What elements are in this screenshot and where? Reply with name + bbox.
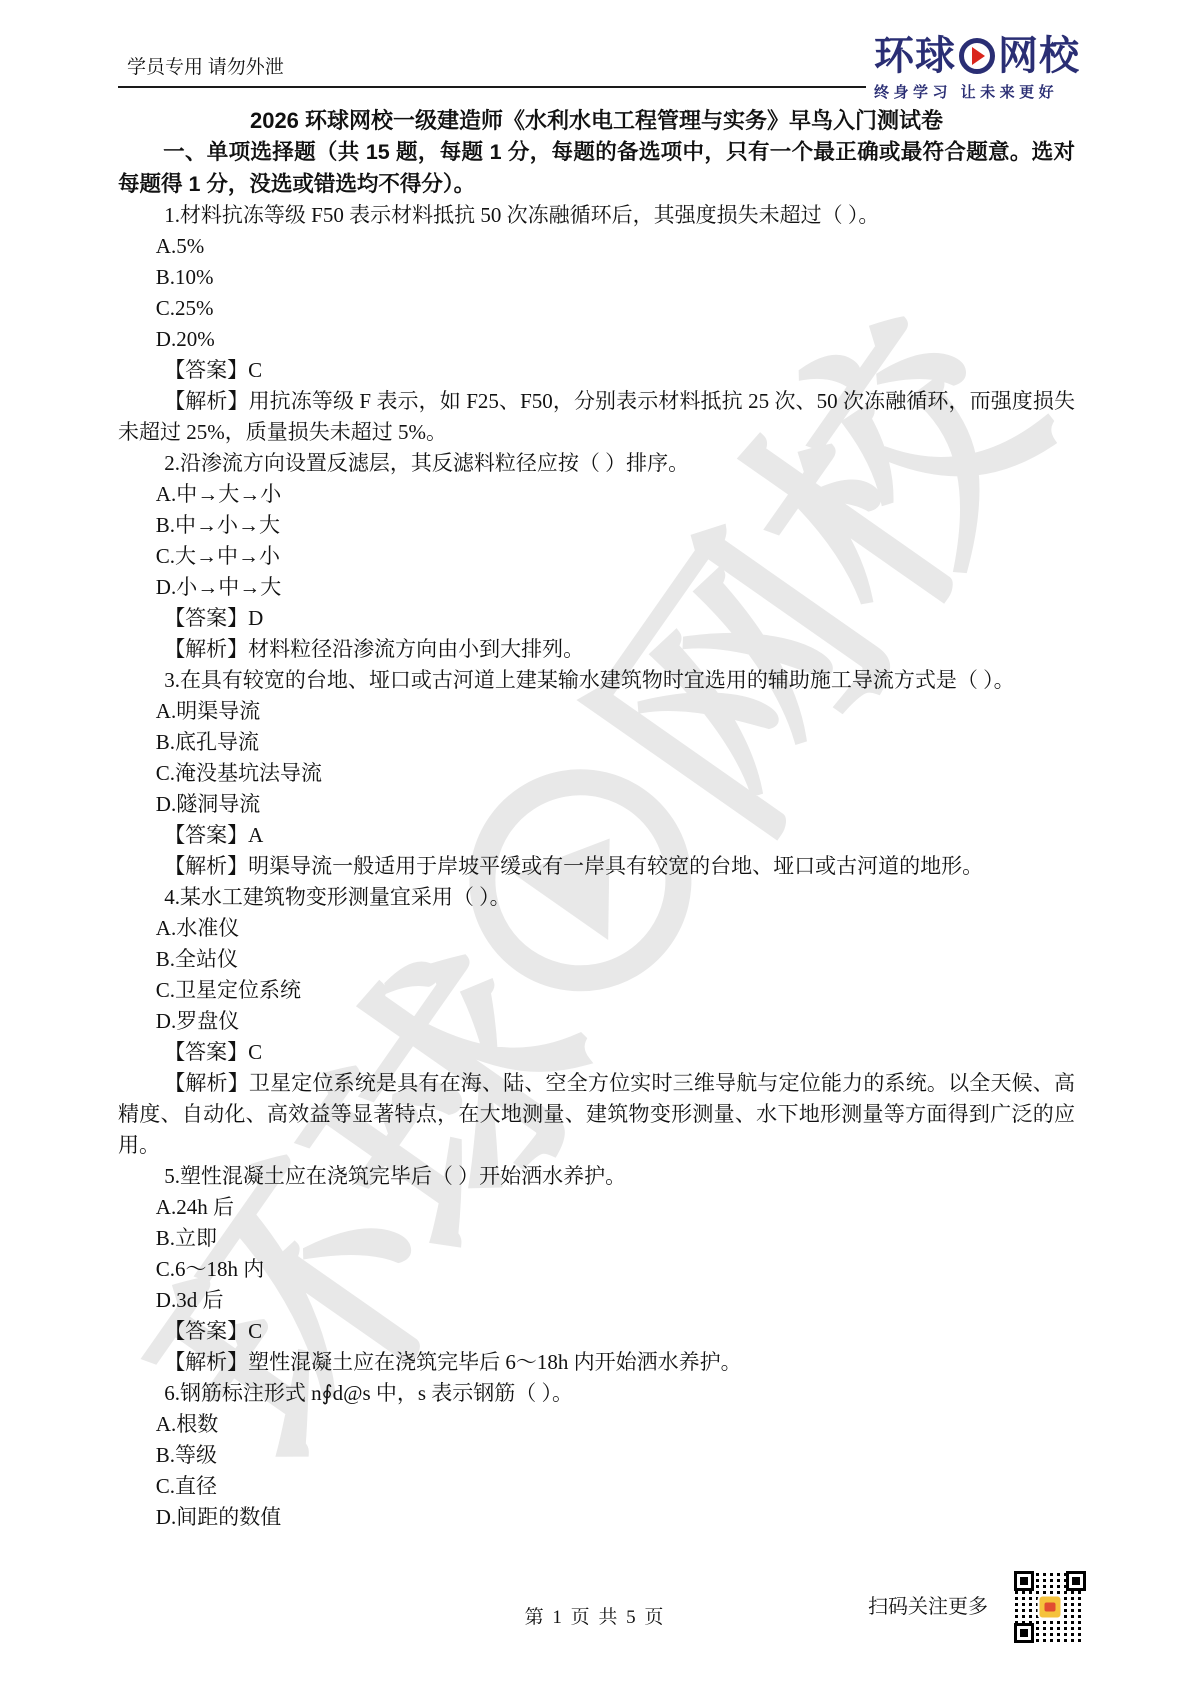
option-item: C.淹没基坑法导流 [118,758,1075,789]
question-stem: 2.沿渗流方向设置反滤层，其反滤料粒径应按（ ）排序。 [118,448,1075,479]
analysis-line: 【解析】塑性混凝土应在浇筑完毕后 6～18h 内开始洒水养护。 [118,1347,1075,1378]
option-item: B.底孔导流 [118,727,1075,758]
answer-line: 【答案】C [118,1037,1075,1068]
option-item: D.隧洞导流 [118,789,1075,820]
qr-caption: 扫码关注更多 [868,1590,988,1619]
answer-line: 【答案】A [118,820,1075,851]
option-item: C.25% [118,293,1075,324]
question-stem: 3.在具有较宽的台地、垭口或古河道上建某输水建筑物时宜选用的辅助施工导流方式是（… [118,665,1075,696]
option-item: D.3d 后 [118,1285,1075,1316]
brand-logo: 环球 网校 终身学习 让未来更好 [874,36,1080,102]
qr-finder-top-left [1014,1571,1034,1591]
option-item: D.罗盘仪 [118,1006,1075,1037]
question-stem: 4.某水工建筑物变形测量宜采用（ ）。 [118,882,1075,913]
option-item: A.中→大→小 [118,479,1075,510]
play-icon [959,38,995,74]
option-item: C.6～18h 内 [118,1254,1075,1285]
logo-wordmark-right: 网校 [998,36,1080,76]
document-page: 2026 环球网校一级建造师《水利水电工程管理与实务》早鸟入门测试卷 一、单项选… [118,106,1075,1533]
header-divider [118,86,866,88]
option-item: B.10% [118,262,1075,293]
question-stem: 1.材料抗冻等级 F50 表示材料抵抗 50 次冻融循环后，其强度损失未超过（ … [118,200,1075,231]
option-item: A.水准仪 [118,913,1075,944]
option-item: C.直径 [118,1471,1075,1502]
option-item: B.等级 [118,1440,1075,1471]
option-item: D.小→中→大 [118,572,1075,603]
answer-line: 【答案】C [118,355,1075,386]
section-heading: 一、单项选择题（共 15 题，每题 1 分，每题的备选项中，只有一个最正确或最符… [118,136,1075,200]
option-item: B.立即 [118,1223,1075,1254]
logo-wordmark: 环球 网校 [874,36,1080,76]
page-title: 2026 环球网校一级建造师《水利水电工程管理与实务》早鸟入门测试卷 [118,106,1075,136]
question-stem: 6.钢筋标注形式 n∮d@s 中，s 表示钢筋（ ）。 [118,1378,1075,1409]
analysis-line: 【解析】用抗冻等级 F 表示，如 F25、F50，分别表示材料抵抗 25 次、5… [118,386,1075,448]
analysis-line: 【解析】卫星定位系统是具有在海、陆、空全方位实时三维导航与定位能力的系统。以全天… [118,1068,1075,1161]
option-item: D.间距的数值 [118,1502,1075,1533]
question-stem: 5.塑性混凝土应在浇筑完毕后（ ）开始洒水养护。 [118,1161,1075,1192]
qr-finder-bottom-left [1014,1623,1034,1643]
analysis-line: 【解析】明渠导流一般适用于岸坡平缓或有一岸具有较宽的台地、垭口或古河道的地形。 [118,851,1075,882]
page-number: 第 1 页 共 5 页 [0,1602,1190,1629]
option-item: A.24h 后 [118,1192,1075,1223]
option-item: B.中→小→大 [118,510,1075,541]
qr-finder-top-right [1066,1571,1086,1591]
qr-center-logo [1038,1595,1063,1620]
brand-slogan: 终身学习 让未来更好 [874,81,1080,102]
option-item: A.根数 [118,1409,1075,1440]
answer-line: 【答案】C [118,1316,1075,1347]
confidential-label: 学员专用 请勿外泄 [127,52,284,79]
option-item: B.全站仪 [118,944,1075,975]
analysis-line: 【解析】材料粒径沿渗流方向由小到大排列。 [118,634,1075,665]
qr-code [1013,1570,1087,1644]
option-item: A.明渠导流 [118,696,1075,727]
option-item: D.20% [118,324,1075,355]
logo-wordmark-left: 环球 [874,36,956,76]
answer-line: 【答案】D [118,603,1075,634]
option-item: A.5% [118,231,1075,262]
option-item: C.卫星定位系统 [118,975,1075,1006]
option-item: C.大→中→小 [118,541,1075,572]
